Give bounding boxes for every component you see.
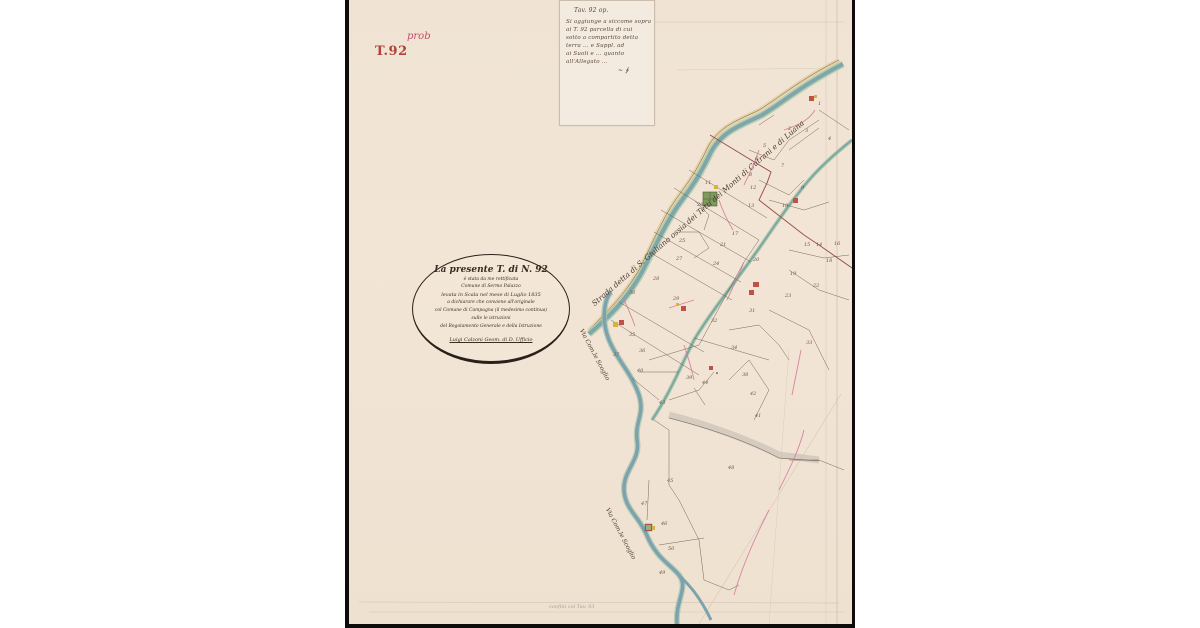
note-line: all'Allegato ... [566, 59, 608, 65]
parcel-number: 43 [659, 400, 665, 406]
parcel-number: 27 [676, 256, 682, 262]
building-markers [613, 95, 817, 531]
cartouche-signature: Luigi Calzoni Geom. di D. Ufficio [413, 337, 569, 343]
parcel-number: 11 [705, 180, 711, 186]
parcel-number: 46 [661, 521, 667, 527]
parcel-number: 31 [749, 308, 755, 314]
parcel-number: 23 [785, 293, 791, 299]
note-line: ai Suoli e ... quanto [566, 51, 624, 57]
parcel-number: 10 [782, 203, 788, 209]
parcel-number: 40 [637, 368, 643, 374]
parcel-number: 38 [742, 372, 748, 378]
parcel-number: 14 [816, 242, 822, 248]
parcel-number: 22 [813, 283, 819, 289]
parcel-number: 25 [679, 238, 685, 244]
parcel-number: 45 [667, 478, 673, 484]
cartouche-line: levata in Scala nel mese di Luglio 1835 [413, 292, 569, 298]
parcel-number: 39 [686, 375, 692, 381]
parcel-number: 41 [755, 413, 761, 419]
parcel-number: 24 [713, 261, 719, 267]
parcel-number: 19 [790, 271, 796, 277]
parcel-number: 7 [781, 163, 784, 169]
parcel-number: 3 [805, 128, 808, 134]
parcel-number: 29 [673, 296, 679, 302]
parcel-number: 15 [804, 242, 810, 248]
parcel-number: 26 [697, 202, 703, 208]
parcel-number: 21 [720, 242, 726, 248]
map-paper: T.92 prob Tav. 92 op. Si aggiunge a sicc… [349, 0, 852, 624]
note-line: Si aggiunge a siccome sopra [566, 19, 651, 25]
note-line: ai T. 92 parcella di cui [566, 27, 632, 33]
cartouche-line: Comune di Sermo Palazzo [413, 284, 569, 289]
parcel-number: 48 [728, 465, 734, 471]
parcel-number: 2 [788, 126, 791, 132]
parcel-number: 4 [828, 136, 831, 142]
parcel-number: 34 [731, 345, 737, 351]
note-line: sotto a compartito detta [566, 35, 638, 41]
parcel-number: 1 [818, 101, 821, 107]
cartouche-line: col Comune di Campagna (il medesimo cont… [413, 308, 569, 313]
parcel-number: 13 [748, 203, 754, 209]
parcel-number: 28 [653, 276, 659, 282]
parcel-number: 36 [639, 348, 645, 354]
parcel-number: 9 [801, 185, 804, 191]
parcel-number: 32 [711, 318, 717, 324]
sheet-code-annotation: prob [407, 31, 431, 42]
sheet-code-label: T.92 [375, 44, 408, 59]
parcel-number: 16 [834, 241, 840, 247]
cartouche-title: La presente T. di N. 92 [413, 265, 569, 275]
parcel-number: 37 [613, 352, 619, 358]
parcel-number: 33 [806, 340, 812, 346]
parcel-number: 44 [702, 380, 708, 386]
parcel-number: 18 [826, 258, 832, 264]
parcel-number: 30 [629, 290, 635, 296]
cartouche-line: del Regolamento Generale e della Istruzi… [413, 324, 569, 329]
parcel-number: 5 [763, 143, 766, 149]
cartouche-line: sulle le istruzioni [413, 316, 569, 321]
pencil-note-bottom: confini col Tav. 93 [549, 604, 594, 610]
note-signature: ~ ∮ [618, 67, 629, 74]
parcel-number: 50 [668, 546, 674, 552]
cartouche-line: a dichiarare che conviene all'originale [413, 300, 569, 305]
parcel-number: 49 [659, 570, 665, 576]
parcel-number: 17 [732, 231, 738, 237]
parcel-number: 8 [749, 172, 752, 178]
parcel-number: 20 [753, 257, 759, 263]
parcel-number: 35 [629, 332, 635, 338]
margin-line-bottom [359, 602, 839, 603]
note-line: terra ... e Suppl. ad [566, 43, 624, 49]
title-cartouche: La presente T. di N. 92 è stata da me re… [412, 254, 570, 364]
note-line: Tav. 92 op. [574, 7, 609, 14]
cartouche-line: è stata da me rettificata [413, 277, 569, 282]
attached-note-slip: Tav. 92 op. Si aggiunge a siccome sopra … [559, 0, 655, 126]
parcel-number: 42 [750, 391, 756, 397]
parcel-number: 6 [755, 156, 758, 162]
parcel-number: 47 [641, 501, 647, 507]
parcel-number: 12 [750, 185, 756, 191]
